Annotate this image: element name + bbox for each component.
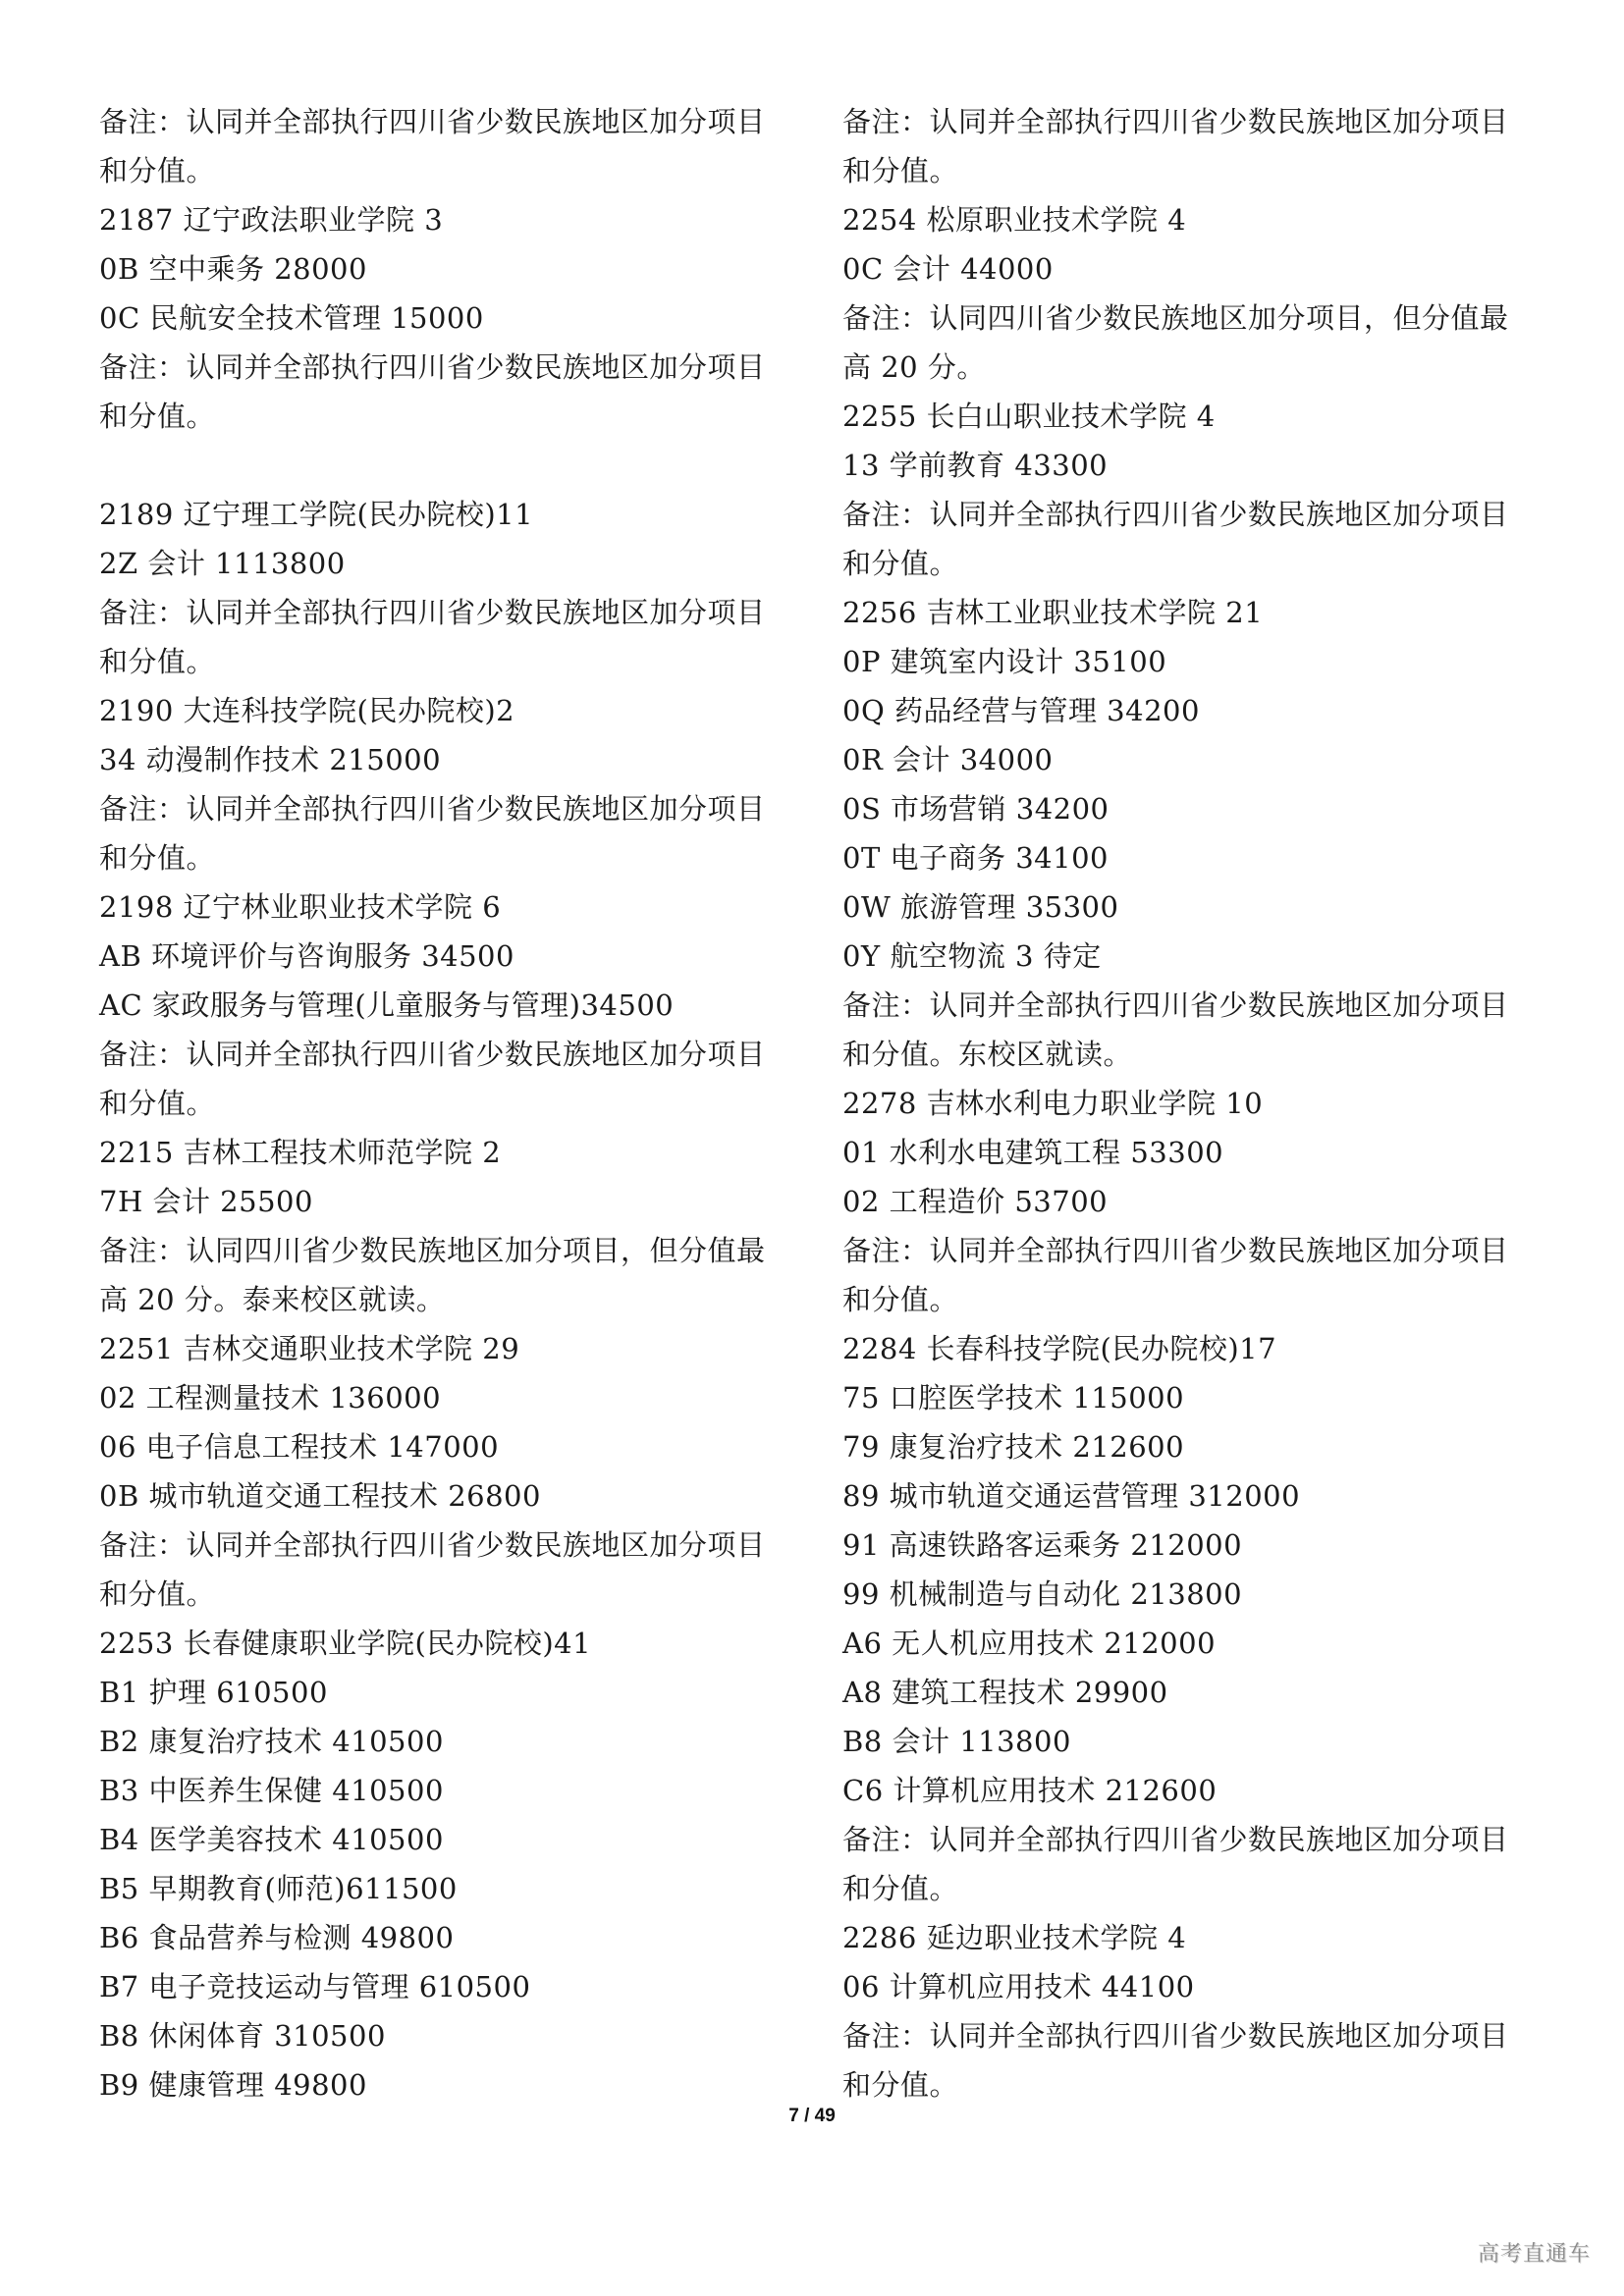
text-line: B5 早期教育(师范)611500 <box>99 1864 806 1913</box>
text-line: 高 20 分。 <box>842 343 1549 392</box>
text-line: 备注：认同四川省少数民族地区加分项目，但分值最 <box>842 294 1549 343</box>
text-line: B4 医学美容技术 410500 <box>99 1815 806 1864</box>
text-line: 和分值。 <box>842 539 1549 588</box>
text-line: 0S 市场营销 34200 <box>842 784 1549 833</box>
text-line: B1 护理 610500 <box>99 1668 806 1717</box>
text-line: 2189 辽宁理工学院(民办院校)11 <box>99 490 806 539</box>
text-line: 备注：认同并全部执行四川省少数民族地区加分项目 <box>99 1030 806 1079</box>
text-line: 和分值。 <box>99 637 806 686</box>
text-line: B8 会计 113800 <box>842 1717 1549 1766</box>
text-line: 0P 建筑室内设计 35100 <box>842 637 1549 686</box>
text-line: 2254 松原职业技术学院 4 <box>842 195 1549 244</box>
text-line: A8 建筑工程技术 29900 <box>842 1668 1549 1717</box>
left-column: 备注：认同并全部执行四川省少数民族地区加分项目 和分值。 2187 辽宁政法职业… <box>99 97 806 2109</box>
text-line: 2Z 会计 1113800 <box>99 539 806 588</box>
text-line: 91 高速铁路客运乘务 212000 <box>842 1521 1549 1570</box>
text-line: C6 计算机应用技术 212600 <box>842 1766 1549 1815</box>
text-line: 备注：认同并全部执行四川省少数民族地区加分项目 <box>99 343 806 392</box>
text-line: 2251 吉林交通职业技术学院 29 <box>99 1324 806 1373</box>
text-line: 2198 辽宁林业职业技术学院 6 <box>99 882 806 932</box>
text-line: 13 学前教育 43300 <box>842 441 1549 490</box>
text-line: 34 动漫制作技术 215000 <box>99 735 806 784</box>
text-line: 备注：认同并全部执行四川省少数民族地区加分项目 <box>99 1521 806 1570</box>
text-line: 0Y 航空物流 3 待定 <box>842 932 1549 981</box>
text-line: B6 食品营养与检测 49800 <box>99 1913 806 1962</box>
text-line: 75 口腔医学技术 115000 <box>842 1373 1549 1422</box>
text-line: 和分值。 <box>842 1864 1549 1913</box>
text-line: 2284 长春科技学院(民办院校)17 <box>842 1324 1549 1373</box>
text-line: 06 电子信息工程技术 147000 <box>99 1422 806 1471</box>
text-line: 备注：认同并全部执行四川省少数民族地区加分项目 <box>842 490 1549 539</box>
text-line: 0T 电子商务 34100 <box>842 833 1549 882</box>
text-line: 2255 长白山职业技术学院 4 <box>842 392 1549 441</box>
text-line: 2253 长春健康职业学院(民办院校)41 <box>99 1619 806 1668</box>
text-line: 和分值。 <box>99 833 806 882</box>
text-line: 0W 旅游管理 35300 <box>842 882 1549 932</box>
text-line: 备注：认同并全部执行四川省少数民族地区加分项目 <box>99 97 806 146</box>
text-line: 高 20 分。泰来校区就读。 <box>99 1275 806 1324</box>
text-line: 备注：认同并全部执行四川省少数民族地区加分项目 <box>842 1226 1549 1275</box>
text-line: 89 城市轨道交通运营管理 312000 <box>842 1471 1549 1521</box>
text-line: 和分值。 <box>99 392 806 441</box>
text-line: 0R 会计 34000 <box>842 735 1549 784</box>
text-line: 79 康复治疗技术 212600 <box>842 1422 1549 1471</box>
text-line: B3 中医养生保健 410500 <box>99 1766 806 1815</box>
watermark-logo: 高考直通车 <box>1478 2241 1591 2269</box>
page-number: 7 / 49 <box>0 2103 1624 2130</box>
document-page: 备注：认同并全部执行四川省少数民族地区加分项目 和分值。 2187 辽宁政法职业… <box>0 0 1624 2296</box>
text-line: 备注：认同并全部执行四川省少数民族地区加分项目 <box>842 1815 1549 1864</box>
text-line: 和分值。 <box>99 146 806 195</box>
text-line: 02 工程测量技术 136000 <box>99 1373 806 1422</box>
text-line: 备注：认同并全部执行四川省少数民族地区加分项目 <box>99 784 806 833</box>
text-line: 备注：认同并全部执行四川省少数民族地区加分项目 <box>842 981 1549 1030</box>
text-line: AC 家政服务与管理(儿童服务与管理)34500 <box>99 981 806 1030</box>
right-column: 备注：认同并全部执行四川省少数民族地区加分项目 和分值。 2254 松原职业技术… <box>842 97 1549 2109</box>
text-line: 0B 城市轨道交通工程技术 26800 <box>99 1471 806 1521</box>
text-line: 2256 吉林工业职业技术学院 21 <box>842 588 1549 637</box>
text-line: 备注：认同并全部执行四川省少数民族地区加分项目 <box>842 2011 1549 2060</box>
text-line: 备注：认同并全部执行四川省少数民族地区加分项目 <box>99 588 806 637</box>
text-line: 06 计算机应用技术 44100 <box>842 1962 1549 2011</box>
text-line: 2286 延边职业技术学院 4 <box>842 1913 1549 1962</box>
text-line: 01 水利水电建筑工程 53300 <box>842 1128 1549 1177</box>
text-line: 和分值。 <box>842 1275 1549 1324</box>
text-line: 2190 大连科技学院(民办院校)2 <box>99 686 806 735</box>
text-line: 和分值。东校区就读。 <box>842 1030 1549 1079</box>
text-line: 和分值。 <box>99 1570 806 1619</box>
text-line: 7H 会计 25500 <box>99 1177 806 1226</box>
text-line: 02 工程造价 53700 <box>842 1177 1549 1226</box>
text-line: B2 康复治疗技术 410500 <box>99 1717 806 1766</box>
text-line: 备注：认同四川省少数民族地区加分项目，但分值最 <box>99 1226 806 1275</box>
text-line: AB 环境评价与咨询服务 34500 <box>99 932 806 981</box>
text-line: 2215 吉林工程技术师范学院 2 <box>99 1128 806 1177</box>
text-line: 99 机械制造与自动化 213800 <box>842 1570 1549 1619</box>
text-line: B7 电子竞技运动与管理 610500 <box>99 1962 806 2011</box>
text-line: 0C 会计 44000 <box>842 244 1549 294</box>
blank-line <box>99 441 806 490</box>
text-line: 0B 空中乘务 28000 <box>99 244 806 294</box>
text-line: 0C 民航安全技术管理 15000 <box>99 294 806 343</box>
text-line: 2187 辽宁政法职业学院 3 <box>99 195 806 244</box>
text-line: 和分值。 <box>99 1079 806 1128</box>
text-line: 2278 吉林水利电力职业学院 10 <box>842 1079 1549 1128</box>
text-line: 和分值。 <box>842 146 1549 195</box>
text-line: 0Q 药品经营与管理 34200 <box>842 686 1549 735</box>
text-line: 备注：认同并全部执行四川省少数民族地区加分项目 <box>842 97 1549 146</box>
text-line: B8 休闲体育 310500 <box>99 2011 806 2060</box>
text-line: A6 无人机应用技术 212000 <box>842 1619 1549 1668</box>
